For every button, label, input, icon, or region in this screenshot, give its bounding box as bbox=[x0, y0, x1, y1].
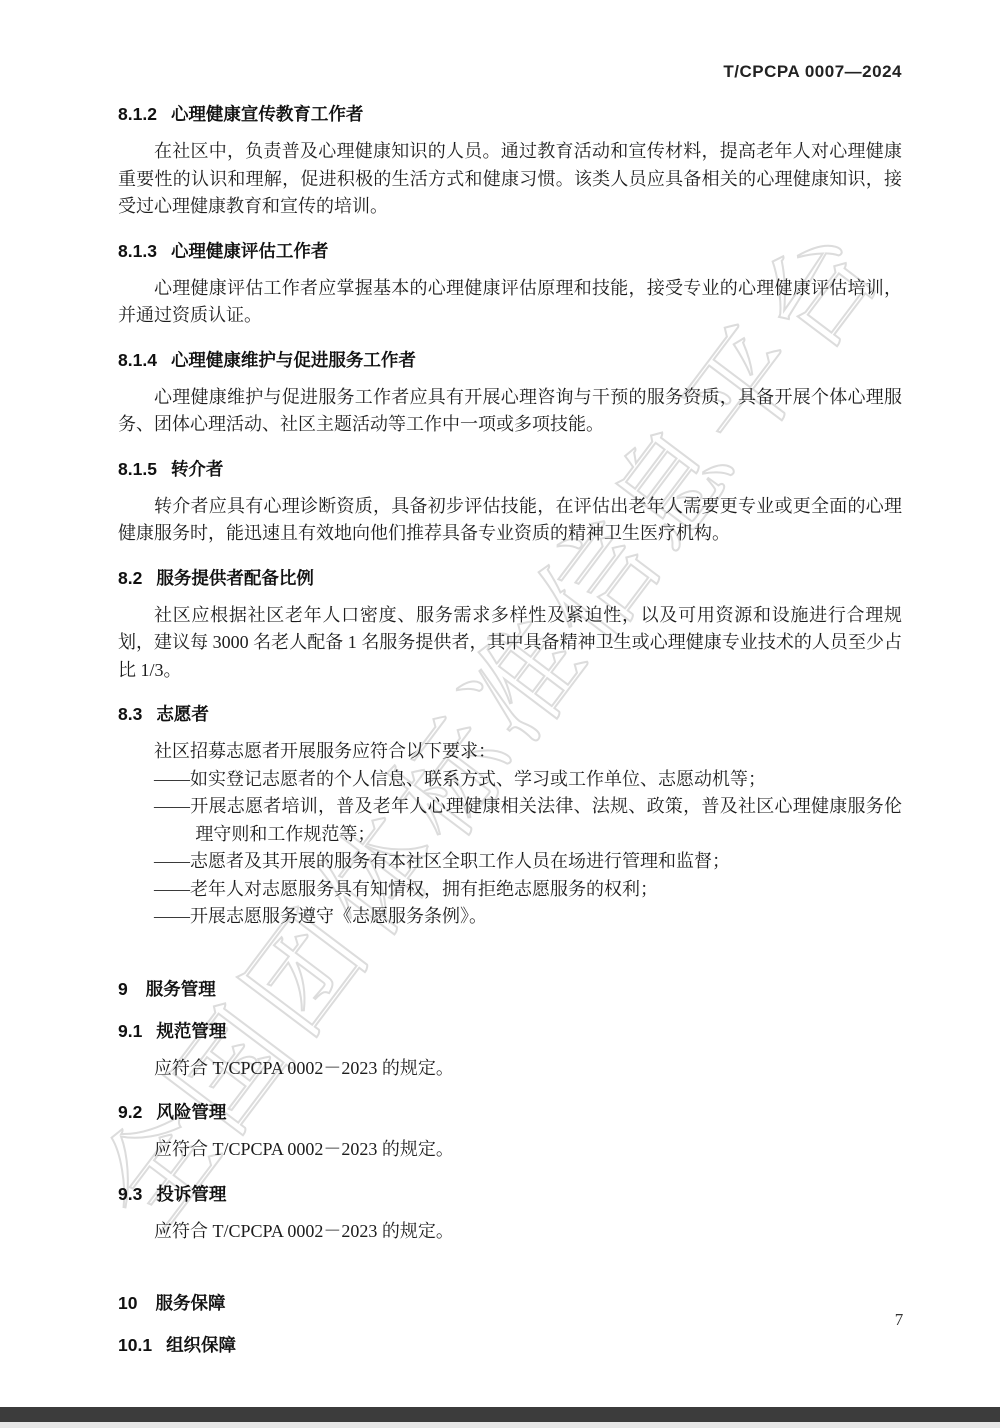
clause-title: 心理健康宣传教育工作者 bbox=[171, 102, 364, 126]
clause-number: 8.1.2 bbox=[118, 102, 157, 126]
volunteer-requirement-item: ——如实登记志愿者的个人信息、联系方式、学习或工作单位、志愿动机等； bbox=[195, 766, 902, 794]
volunteer-requirement-item: ——志愿者及其开展的服务有本社区全职工作人员在场进行管理和监督； bbox=[195, 848, 902, 876]
paragraph-8-1-4: 心理健康维护与促进服务工作者应具有开展心理咨询与干预的服务资质，具备开展个体心理… bbox=[118, 384, 902, 439]
paragraph-8-3-intro: 社区招募志愿者开展服务应符合以下要求： bbox=[118, 738, 902, 766]
heading-9: 9 服务管理 bbox=[118, 977, 902, 1001]
heading-8-1-4: 8.1.4 心理健康维护与促进服务工作者 bbox=[118, 348, 902, 372]
page-header: T/CPCPA 0007—2024 bbox=[118, 62, 902, 84]
clause-title: 风险管理 bbox=[156, 1100, 226, 1124]
heading-10: 10 服务保障 bbox=[118, 1291, 902, 1315]
clause-title: 服务管理 bbox=[146, 977, 216, 1001]
heading-8-1-3: 8.1.3 心理健康评估工作者 bbox=[118, 239, 902, 263]
clause-number: 8.2 bbox=[118, 566, 142, 590]
clause-title: 服务保障 bbox=[155, 1291, 225, 1315]
paragraph-8-1-3: 心理健康评估工作者应掌握基本的心理健康评估原理和技能，接受专业的心理健康评估培训… bbox=[118, 275, 902, 330]
heading-8-3: 8.3 志愿者 bbox=[118, 702, 902, 726]
heading-8-1-5: 8.1.5 转介者 bbox=[118, 457, 902, 481]
clause-title: 转介者 bbox=[171, 457, 224, 481]
clause-number: 9.1 bbox=[118, 1019, 142, 1043]
clause-title: 心理健康评估工作者 bbox=[171, 239, 329, 263]
standard-code: T/CPCPA 0007—2024 bbox=[723, 62, 902, 81]
page-bottom-strip bbox=[0, 1422, 1000, 1428]
paragraph-9-1: 应符合 T/CPCPA 0002－2023 的规定。 bbox=[118, 1055, 902, 1083]
clause-number: 8.1.5 bbox=[118, 457, 157, 481]
heading-8-1-2: 8.1.2 心理健康宣传教育工作者 bbox=[118, 102, 902, 126]
clause-number: 10 bbox=[118, 1291, 137, 1315]
clause-title: 服务提供者配备比例 bbox=[156, 566, 314, 590]
heading-10-1: 10.1 组织保障 bbox=[118, 1333, 902, 1357]
clause-title: 规范管理 bbox=[156, 1019, 226, 1043]
clause-number: 10.1 bbox=[118, 1333, 152, 1357]
paragraph-8-1-2: 在社区中，负责普及心理健康知识的人员。通过教育活动和宣传材料，提高老年人对心理健… bbox=[118, 138, 902, 221]
clause-title: 志愿者 bbox=[156, 702, 209, 726]
clause-number: 8.3 bbox=[118, 702, 142, 726]
heading-9-3: 9.3 投诉管理 bbox=[118, 1182, 902, 1206]
paragraph-9-3: 应符合 T/CPCPA 0002－2023 的规定。 bbox=[118, 1218, 902, 1246]
clause-number: 9 bbox=[118, 977, 128, 1001]
volunteer-requirement-item: ——开展志愿者培训，普及老年人心理健康相关法律、法规、政策，普及社区心理健康服务… bbox=[195, 793, 902, 848]
clause-number: 8.1.4 bbox=[118, 348, 157, 372]
document-page: T/CPCPA 0007—2024 8.1.2 心理健康宣传教育工作者 在社区中… bbox=[0, 0, 1000, 1357]
heading-8-2: 8.2 服务提供者配备比例 bbox=[118, 566, 902, 590]
clause-title: 组织保障 bbox=[166, 1333, 236, 1357]
page-number: 7 bbox=[884, 1310, 914, 1330]
volunteer-requirement-item: ——开展志愿服务遵守《志愿服务条例》。 bbox=[195, 903, 902, 931]
page-bottom-bar bbox=[0, 1407, 1000, 1422]
heading-9-1: 9.1 规范管理 bbox=[118, 1019, 902, 1043]
paragraph-8-2: 社区应根据社区老年人口密度、服务需求多样性及紧迫性，以及可用资源和设施进行合理规… bbox=[118, 602, 902, 685]
clause-title: 投诉管理 bbox=[156, 1182, 226, 1206]
volunteer-requirement-item: ——老年人对志愿服务具有知情权，拥有拒绝志愿服务的权利； bbox=[195, 876, 902, 904]
paragraph-8-1-5: 转介者应具有心理诊断资质，具备初步评估技能，在评估出老年人需要更专业或更全面的心… bbox=[118, 493, 902, 548]
clause-title: 心理健康维护与促进服务工作者 bbox=[171, 348, 416, 372]
paragraph-9-2: 应符合 T/CPCPA 0002－2023 的规定。 bbox=[118, 1136, 902, 1164]
clause-number: 9.2 bbox=[118, 1100, 142, 1124]
heading-9-2: 9.2 风险管理 bbox=[118, 1100, 902, 1124]
volunteer-requirements-list: ——如实登记志愿者的个人信息、联系方式、学习或工作单位、志愿动机等； ——开展志… bbox=[118, 766, 902, 931]
clause-number: 8.1.3 bbox=[118, 239, 157, 263]
clause-number: 9.3 bbox=[118, 1182, 142, 1206]
